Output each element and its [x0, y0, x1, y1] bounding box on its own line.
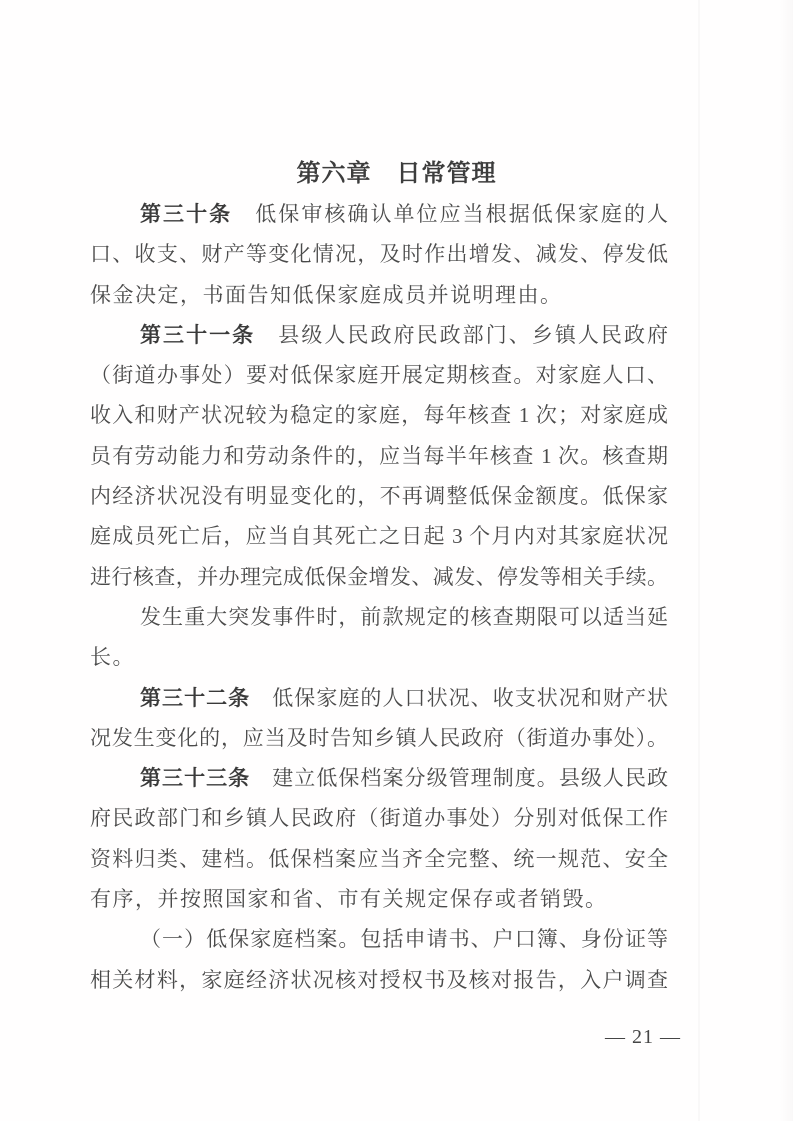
- text-segment: 收入和财产状况较为稳定的家庭，每年核查 1 次；对家庭成: [90, 403, 668, 427]
- text-segment: （一）低保家庭档案。包括申请书、户口簿、身份证等: [140, 927, 668, 951]
- text-line: 内经济状况没有明显变化的，不再调整低保金额度。低保家: [90, 476, 668, 516]
- text-line: 口、收支、财产等变化情况，及时作出增发、减发、停发低: [90, 234, 668, 274]
- document-page: 第六章 日常管理 第三十条 低保审核确认单位应当根据低保家庭的人口、收支、财产等…: [0, 0, 793, 1121]
- text-segment: 内经济状况没有明显变化的，不再调整低保金额度。低保家: [90, 484, 668, 508]
- text-segment: （街道办事处）要对低保家庭开展定期核查。对家庭人口、: [90, 363, 668, 387]
- text-line: 资料归类、建档。低保档案应当齐全完整、统一规范、安全: [90, 839, 668, 879]
- text-line: 府民政部门和乡镇人民政府（街道办事处）分别对低保工作: [90, 798, 668, 838]
- article-number: 第三十条: [140, 202, 232, 226]
- text-segment: 保金决定，书面告知低保家庭成员并说明理由。: [90, 283, 563, 307]
- text-line: 发生重大突发事件时，前款规定的核查期限可以适当延: [90, 597, 668, 637]
- text-segment: 口、收支、财产等变化情况，及时作出增发、减发、停发低: [90, 242, 668, 266]
- text-line: （街道办事处）要对低保家庭开展定期核查。对家庭人口、: [90, 355, 668, 395]
- chapter-title: 第六章 日常管理: [0, 153, 793, 188]
- article-number: 第三十一条: [140, 323, 255, 347]
- text-segment: 相关材料，家庭经济状况核对授权书及核对报告，入户调查: [90, 968, 668, 992]
- text-segment: 低保审核确认单位应当根据低保家庭的人: [232, 202, 668, 226]
- text-line: 员有劳动能力和劳动条件的，应当每半年核查 1 次。核查期: [90, 436, 668, 476]
- text-line: 庭成员死亡后，应当自其死亡之日起 3 个月内对其家庭状况: [90, 516, 668, 556]
- text-segment: 员有劳动能力和劳动条件的，应当每半年核查 1 次。核查期: [90, 444, 668, 468]
- text-line: 第三十条 低保审核确认单位应当根据低保家庭的人: [90, 194, 668, 234]
- text-segment: 资料归类、建档。低保档案应当齐全完整、统一规范、安全: [90, 847, 668, 871]
- text-segment: 建立低保档案分级管理制度。县级人民政: [250, 766, 668, 790]
- text-segment: 发生重大突发事件时，前款规定的核查期限可以适当延: [140, 605, 668, 629]
- text-segment: 庭成员死亡后，应当自其死亡之日起 3 个月内对其家庭状况: [90, 524, 668, 548]
- document-body: 第三十条 低保审核确认单位应当根据低保家庭的人口、收支、财产等变化情况，及时作出…: [90, 194, 668, 1000]
- text-line: 第三十一条 县级人民政府民政部门、乡镇人民政府: [90, 315, 668, 355]
- text-segment: 低保家庭的人口状况、收支状况和财产状: [250, 686, 668, 710]
- text-line: 保金决定，书面告知低保家庭成员并说明理由。: [90, 275, 668, 315]
- text-line: （一）低保家庭档案。包括申请书、户口簿、身份证等: [90, 919, 668, 959]
- text-line: 有序，并按照国家和省、市有关规定保存或者销毁。: [90, 879, 668, 919]
- text-segment: 府民政部门和乡镇人民政府（街道办事处）分别对低保工作: [90, 806, 668, 830]
- text-segment: 有序，并按照国家和省、市有关规定保存或者销毁。: [90, 887, 608, 911]
- text-line: 相关材料，家庭经济状况核对授权书及核对报告，入户调查: [90, 960, 668, 1000]
- article-number: 第三十二条: [140, 686, 250, 710]
- text-line: 第三十二条 低保家庭的人口状况、收支状况和财产状: [90, 678, 668, 718]
- text-segment: 县级人民政府民政部门、乡镇人民政府: [255, 323, 668, 347]
- text-line: 进行核查，并办理完成低保金增发、减发、停发等相关手续。: [90, 557, 668, 597]
- text-line: 长。: [90, 637, 668, 677]
- text-line: 收入和财产状况较为稳定的家庭，每年核查 1 次；对家庭成: [90, 395, 668, 435]
- article-number: 第三十三条: [140, 766, 250, 790]
- text-segment: 长。: [90, 645, 135, 669]
- text-line: 第三十三条 建立低保档案分级管理制度。县级人民政: [90, 758, 668, 798]
- text-segment: 进行核查，并办理完成低保金增发、减发、停发等相关手续。: [90, 565, 668, 589]
- page-number: — 21 —: [605, 1026, 681, 1049]
- text-segment: 况发生变化的，应当及时告知乡镇人民政府（街道办事处）。: [90, 726, 668, 750]
- text-line: 况发生变化的，应当及时告知乡镇人民政府（街道办事处）。: [90, 718, 668, 758]
